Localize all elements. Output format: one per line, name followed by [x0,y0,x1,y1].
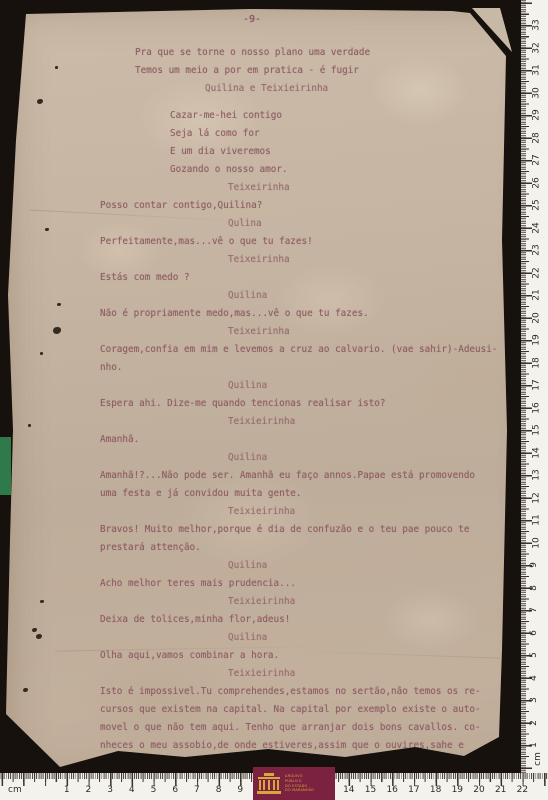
script-text: Pra que se torne o nosso plano uma verda… [100,44,512,773]
photo-scene: -9- Pra que se torne o nosso plano uma v… [0,0,548,800]
ruler-number: 5 [529,652,539,658]
ruler-number: 15 [365,785,376,795]
ruler-number: 21 [532,289,542,300]
ruler-number: 32 [532,42,542,53]
ruler-number: 9 [237,785,243,795]
ruler-number: 29 [532,109,542,120]
speaker-name: Teixieirinha [100,593,512,611]
ruler-right: cm 3332313029282726252423222120191817161… [521,0,548,773]
ruler-number: 14 [343,785,354,795]
ruler-number: 12 [532,492,542,503]
green-backing-strip [0,437,11,495]
ruler-number: 16 [532,402,542,413]
ruler-number: 6 [529,630,539,636]
script-line: Coragem,confia em mim e levemos a cruz a… [100,341,512,359]
ruler-number: 5 [151,785,157,795]
ink-spot [53,327,61,334]
ruler-number: 14 [532,447,542,458]
ruler-number: 16 [386,785,397,795]
document-page: -9- Pra que se torne o nosso plano uma v… [0,0,548,800]
script-line: nho. [100,359,512,377]
speaker-name: Qulina [100,215,512,233]
ruler-number: 20 [532,312,542,323]
script-line: Pra que se torne o nosso plano uma verda… [100,44,512,62]
speaker-name: Teixeirinha [100,323,512,341]
ruler-number: 1 [529,742,539,748]
speaker-name: Teixeirinha [100,179,512,197]
ruler-number: 3 [529,697,539,703]
script-line: Estás com medo ? [100,269,512,287]
script-line: E um dia viveremos [100,143,512,161]
ink-spot [55,66,58,69]
script-line: prestará attenção. [100,539,512,557]
speaker-name: Quilina [100,629,512,647]
ruler-number: 8 [529,585,539,591]
archive-stamp: ARQUIVO PÚBLICO DO ESTADO DO MARANHÃO [253,767,335,800]
ruler-number: 2 [86,785,92,795]
script-line: Não é propriamente medo,mas...vê o que t… [100,305,512,323]
ruler-number: 4 [129,785,135,795]
ruler-number: 25 [532,199,542,210]
ruler-number: 19 [532,334,542,345]
ruler-number: 30 [532,87,542,98]
archive-stamp-text: ARQUIVO PÚBLICO DO ESTADO DO MARANHÃO [285,774,314,792]
speaker-name: Quilina [100,287,512,305]
script-line: cursos que existem na capital. Na capita… [100,701,512,719]
ruler-unit-label: cm [8,785,22,795]
ruler-number: 2 [529,720,539,726]
ruler-number: 18 [532,357,542,368]
ruler-number: 31 [532,64,542,75]
ruler-number: 22 [532,267,542,278]
ruler-number: 13 [532,469,542,480]
speaker-name: Teixieirinha [100,665,512,683]
speaker-name: Quilina [100,449,512,467]
script-line: Bravos! Muito melhor,porque é dia de con… [100,521,512,539]
speaker-name: Teixieirinha [100,503,512,521]
ruler-number: 6 [172,785,178,795]
ruler-unit-label: cm [533,752,543,766]
ink-spot [40,352,43,355]
ink-spot [28,424,31,427]
script-line: movel o que não tem aqui. Tenho que arra… [100,719,512,737]
ruler-number: 17 [408,785,419,795]
speaker-name: Teixeirinha [100,251,512,269]
ruler-number: 33 [532,19,542,30]
ruler-number: 22 [517,785,528,795]
script-line: Deixa de tolices,minha flor,adeus! [100,611,512,629]
ruler-number: 8 [216,785,222,795]
ruler-number: 28 [532,132,542,143]
ruler-number: 9 [529,562,539,568]
ruler-number: 10 [532,537,542,548]
ruler-number: 23 [532,244,542,255]
ruler-number: 3 [107,785,113,795]
script-line: Cazar-me-hei contigo [100,107,512,125]
stamp-line: DO MARANHÃO [285,788,314,793]
script-line: Seja lá como for [100,125,512,143]
script-line: uma festa e já convidou muita gente. [100,485,512,503]
script-line: Amanhã!?...Não pode ser. Amanhã eu faço … [100,467,512,485]
ruler-number: 24 [532,222,542,233]
palace-building-icon [257,773,281,795]
ruler-number: 15 [532,424,542,435]
script-line: nheces o meu assobio,de onde estiveres,a… [100,737,512,755]
script-line: Temos um meio a por em pratica - é fugir [100,62,512,80]
ruler-number: 11 [532,514,542,525]
speaker-name: Quilina [100,557,512,575]
script-line: Isto é impossivel.Tu comprehendes,estamo… [100,683,512,701]
script-line: Acho melhor teres mais prudencia... [100,575,512,593]
ruler-number: 18 [430,785,441,795]
page-number: -9- [243,14,261,25]
ruler-number: 20 [473,785,484,795]
ruler-number: 21 [495,785,506,795]
ruler-number: 1 [64,785,70,795]
script-line: Espera ahi. Dize-me quando tencionas rea… [100,395,512,413]
speaker-name: Teixieirinha [100,413,512,431]
ruler-number: 4 [529,675,539,681]
ruler-number: 17 [532,379,542,390]
script-line: Posso contar contigo,Quilina? [100,197,512,215]
script-line: Quilina e Teixieirinha [100,80,512,98]
script-line: Olha aqui,vamos combinar a hora. [100,647,512,665]
ruler-number: 7 [529,607,539,613]
ruler-number: 7 [194,785,200,795]
script-line: Perfeitamente,mas...vê o que tu fazes! [100,233,512,251]
ruler-number: 26 [532,177,542,188]
speaker-name: Quilina [100,377,512,395]
script-line: Amanhã. [100,431,512,449]
ruler-number: 19 [452,785,463,795]
script-line: Gozando o nosso amor. [100,161,512,179]
ruler-number: 27 [532,154,542,165]
